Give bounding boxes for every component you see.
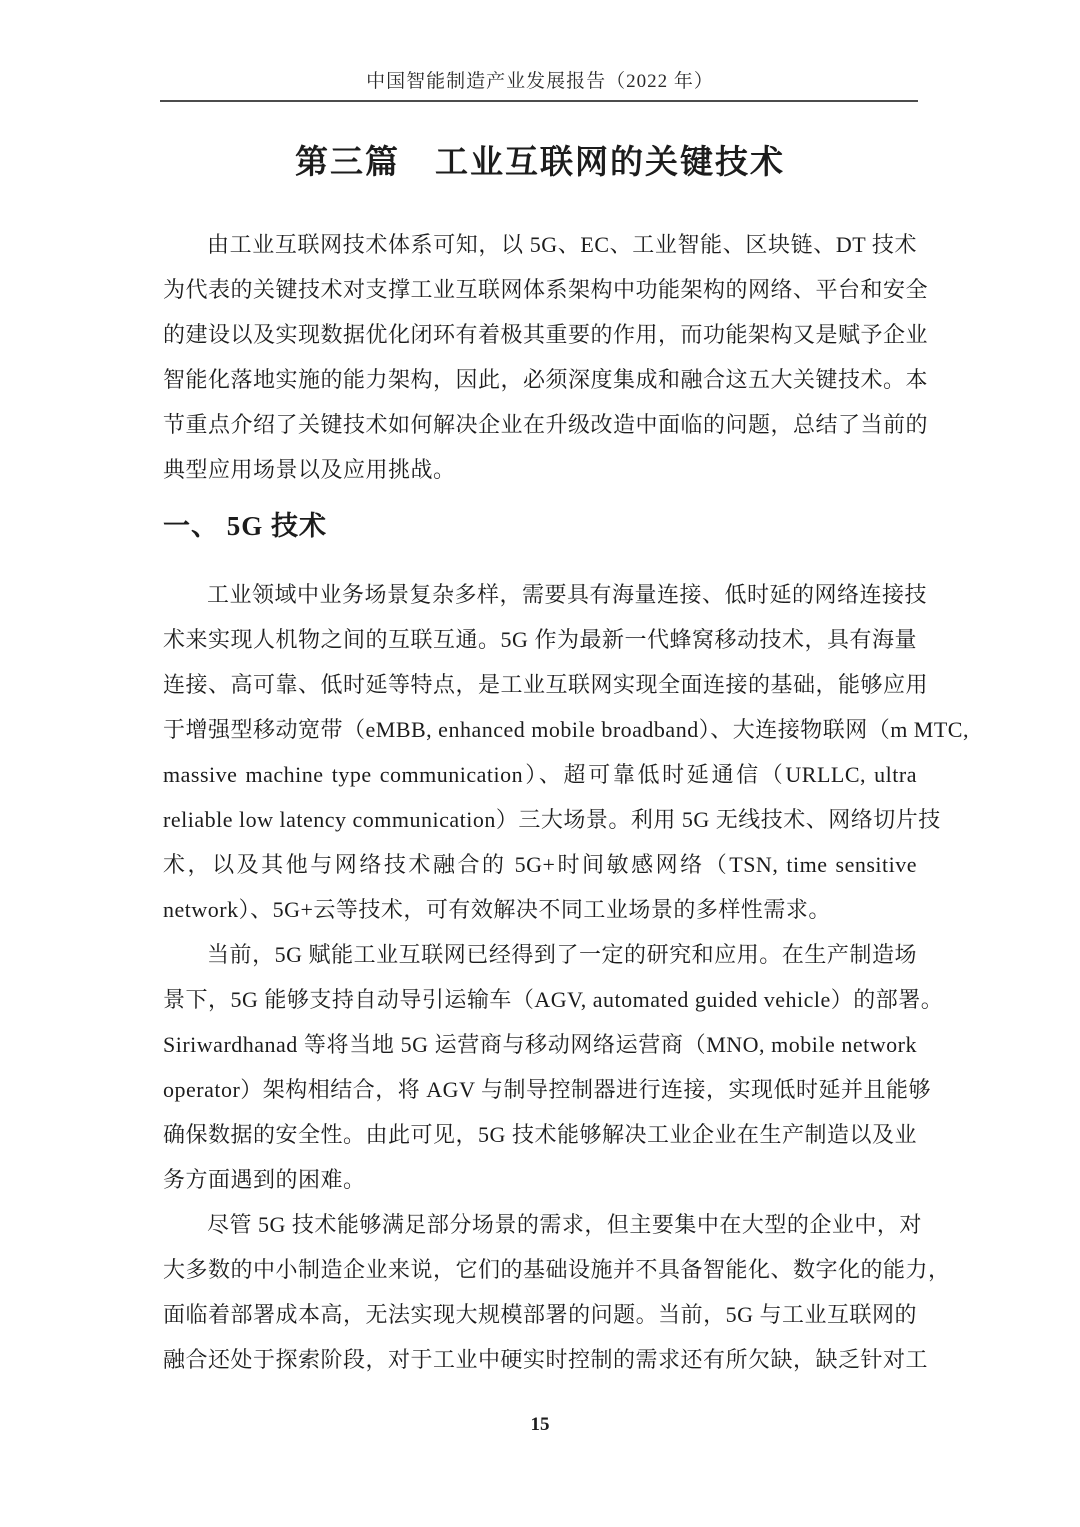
text-line: 为代表的关键技术对支撑工业互联网体系架构中功能架构的网络、平台和安全 — [163, 267, 917, 312]
section-5g-paragraph-3: 尽管 5G 技术能够满足部分场景的需求，但主要集中在大型的企业中，对 大多数的中… — [163, 1202, 917, 1382]
text-line: 术，以及其他与网络技术融合的 5G+时间敏感网络（TSN, time sensi… — [163, 842, 917, 887]
text-line: 工业领域中业务场景复杂多样，需要具有海量连接、低时延的网络连接技 — [163, 572, 917, 617]
text-line: 当前，5G 赋能工业互联网已经得到了一定的研究和应用。在生产制造场 — [163, 932, 917, 977]
text-line: 尽管 5G 技术能够满足部分场景的需求，但主要集中在大型的企业中，对 — [163, 1202, 917, 1247]
chapter-title: 第三篇 工业互联网的关键技术 — [0, 136, 1080, 183]
section-5g-paragraph-2: 当前，5G 赋能工业互联网已经得到了一定的研究和应用。在生产制造场 景下，5G … — [163, 932, 917, 1202]
text-line: 术来实现人机物之间的互联互通。5G 作为最新一代蜂窝移动技术，具有海量 — [163, 617, 917, 662]
text-line: reliable low latency communication）三大场景。… — [163, 797, 917, 842]
text-line: 典型应用场景以及应用挑战。 — [163, 447, 917, 492]
intro-paragraph: 由工业互联网技术体系可知，以 5G、EC、工业智能、区块链、DT 技术 为代表的… — [163, 222, 917, 492]
section-heading-5g: 一、 5G 技术 — [163, 506, 917, 546]
text-line: 大多数的中小制造企业来说，它们的基础设施并不具备智能化、数字化的能力， — [163, 1247, 917, 1292]
page-number: 15 — [0, 1410, 1080, 1440]
text-line: network）、5G+云等技术，可有效解决不同工业场景的多样性需求。 — [163, 887, 917, 932]
text-line: 的建设以及实现数据优化闭环有着极其重要的作用，而功能架构又是赋予企业 — [163, 312, 917, 357]
text-line: massive machine type communication）、超可靠低… — [163, 752, 917, 797]
text-line: 务方面遇到的困难。 — [163, 1157, 917, 1202]
text-line: operator）架构相结合，将 AGV 与制导控制器进行连接，实现低时延并且能… — [163, 1067, 917, 1112]
text-line: 景下，5G 能够支持自动导引运输车（AGV, automated guided … — [163, 977, 917, 1022]
text-line: Siriwardhanad 等将当地 5G 运营商与移动网络运营商（MNO, m… — [163, 1022, 917, 1067]
text-line: 节重点介绍了关键技术如何解决企业在升级改造中面临的问题，总结了当前的 — [163, 402, 917, 447]
text-line: 连接、高可靠、低时延等特点，是工业互联网实现全面连接的基础，能够应用 — [163, 662, 917, 707]
text-line: 面临着部署成本高，无法实现大规模部署的问题。当前，5G 与工业互联网的 — [163, 1292, 917, 1337]
text-line: 融合还处于探索阶段，对于工业中硬实时控制的需求还有所欠缺，缺乏针对工 — [163, 1337, 917, 1382]
document-page: 中国智能制造产业发展报告（2022 年） 第三篇 工业互联网的关键技术 由工业互… — [0, 0, 1080, 1527]
header-rule — [160, 100, 918, 102]
text-line: 于增强型移动宽带（eMBB, enhanced mobile broadband… — [163, 707, 917, 752]
text-line: 确保数据的安全性。由此可见，5G 技术能够解决工业企业在生产制造以及业 — [163, 1112, 917, 1157]
running-header: 中国智能制造产业发展报告（2022 年） — [0, 66, 1080, 93]
text-line: 由工业互联网技术体系可知，以 5G、EC、工业智能、区块链、DT 技术 — [163, 222, 917, 267]
text-line: 智能化落地实施的能力架构，因此，必须深度集成和融合这五大关键技术。本 — [163, 357, 917, 402]
section-5g-paragraph-1: 工业领域中业务场景复杂多样，需要具有海量连接、低时延的网络连接技 术来实现人机物… — [163, 572, 917, 932]
